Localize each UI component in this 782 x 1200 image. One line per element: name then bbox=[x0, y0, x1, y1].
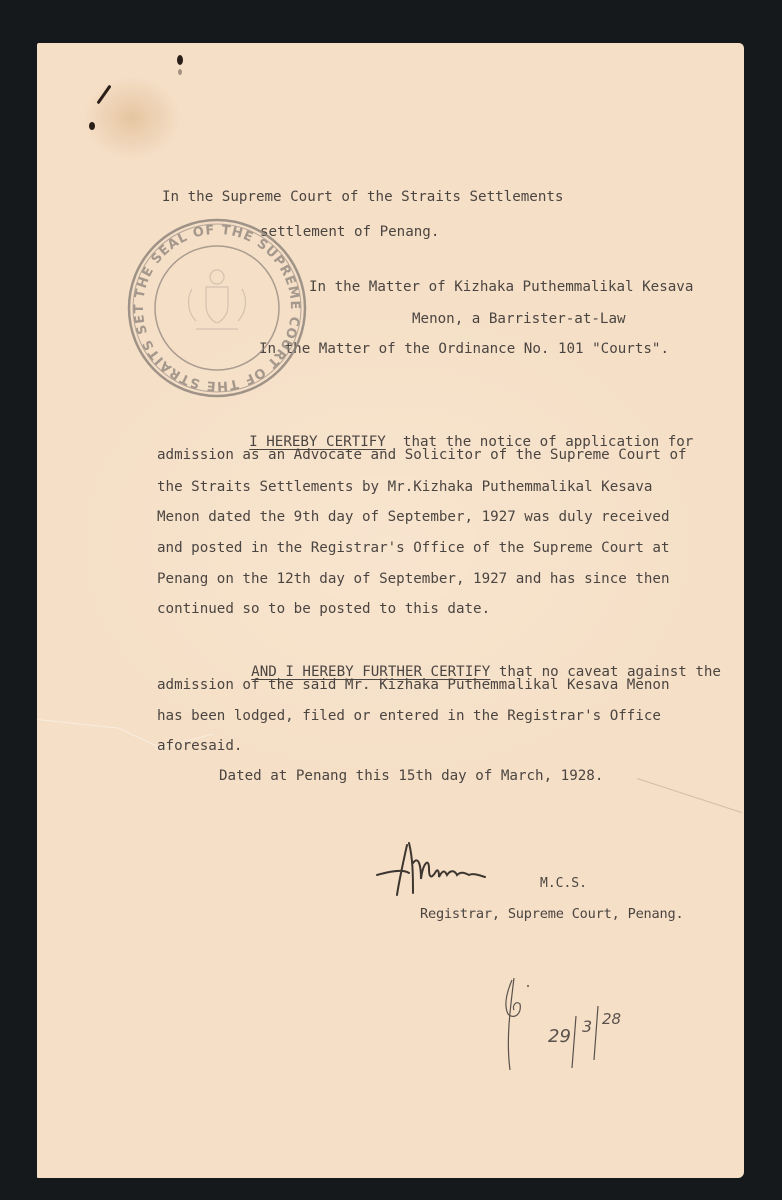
certify-paragraph-line-5: and posted in the Registrar's Office of … bbox=[157, 539, 670, 557]
matter-line-2: Menon, a Barrister-at-Law bbox=[412, 310, 626, 328]
signature-suffix: M.C.S. bbox=[540, 875, 587, 893]
paper-crease bbox=[637, 778, 742, 813]
further-certify-line-4: aforesaid. bbox=[157, 737, 242, 755]
registrar-title: Registrar, Supreme Court, Penang. bbox=[420, 905, 683, 923]
handwritten-initials: 29 3 28 bbox=[500, 970, 660, 1080]
court-heading: In the Supreme Court of the Straits Sett… bbox=[162, 188, 563, 206]
certify-paragraph-line-2: admission as an Advocate and Solicitor o… bbox=[157, 446, 687, 464]
paper-crease bbox=[117, 727, 163, 749]
svg-text:28: 28 bbox=[602, 1010, 621, 1028]
further-certify-line-3: has been lodged, filed or entered in the… bbox=[157, 707, 661, 725]
paper-crease bbox=[37, 719, 117, 728]
burn-mark bbox=[96, 85, 111, 105]
matter-line-3: In the Matter of the Ordinance No. 101 "… bbox=[259, 340, 669, 358]
burn-mark bbox=[89, 122, 95, 130]
burn-mark bbox=[178, 69, 182, 75]
dated-line: Dated at Penang this 15th day of March, … bbox=[219, 767, 603, 785]
coat-of-arms-icon bbox=[189, 270, 246, 329]
document-page: In the Supreme Court of the Straits Sett… bbox=[37, 43, 744, 1178]
certify-paragraph-line-4: Menon dated the 9th day of September, 19… bbox=[157, 508, 670, 526]
further-certify-line-2: admission of the said Mr. Kizhaka Puthem… bbox=[157, 676, 670, 694]
court-seal: THE SEAL OF THE SUPREME COURT OF THE STR… bbox=[126, 217, 308, 399]
svg-text:3: 3 bbox=[582, 1017, 592, 1036]
certify-paragraph-line-7: continued so to be posted to this date. bbox=[157, 600, 490, 618]
certify-paragraph-line-6: Penang on the 12th day of September, 192… bbox=[157, 570, 670, 588]
matter-line-1: In the Matter of Kizhaka Puthemmalikal K… bbox=[309, 278, 693, 296]
registrar-signature bbox=[373, 833, 503, 903]
burn-mark bbox=[177, 55, 183, 65]
svg-text:29: 29 bbox=[548, 1026, 571, 1047]
certify-paragraph-line-3: the Straits Settlements by Mr.Kizhaka Pu… bbox=[157, 478, 652, 496]
